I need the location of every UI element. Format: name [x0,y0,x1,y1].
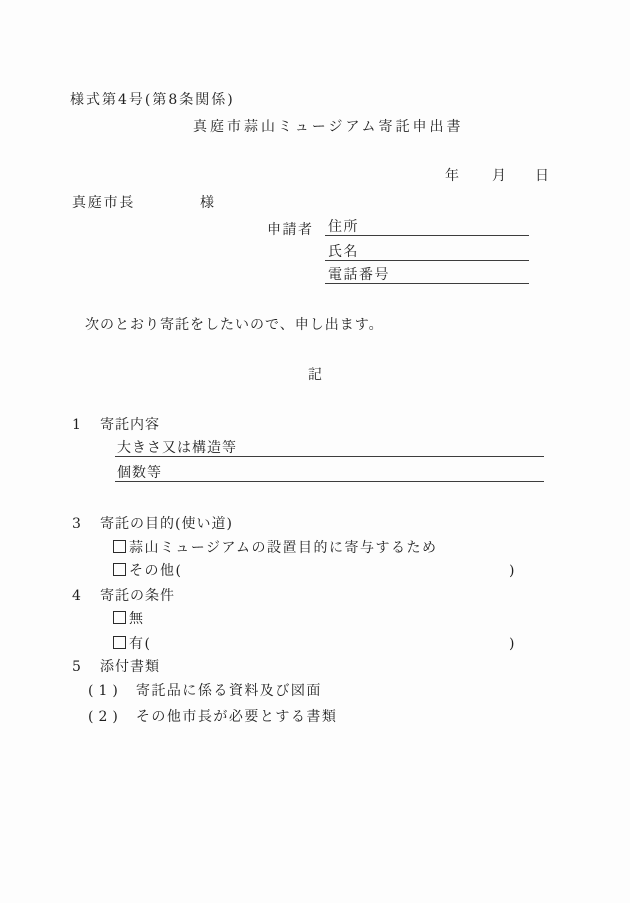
attachment-item-2-text: その他市長が必要とする書類 [136,709,338,725]
deposit-size-field: 大きさ又は構造等 [115,441,544,457]
section-5-number: 5 [72,659,81,676]
checkbox-icon [113,563,126,576]
checkbox-icon [113,611,126,624]
condition-option-yes-label: 有( [113,636,151,653]
condition-option-none-label: 無 [129,611,145,627]
addressee-name: 真庭市長 [72,195,135,212]
document-page: 様式第4号(第8条関係) 真庭市蒜山ミュージアム寄託申出書 年 月 日 真庭市長… [0,0,630,903]
condition-option-none: 無 [113,611,145,628]
checkbox-icon [113,636,126,649]
applicant-address-field: 住所 [325,220,529,236]
applicant-name-field: 氏名 [325,245,529,261]
attachment-item-1-text: 寄託品に係る資料及び図面 [136,683,322,699]
addressee-honorific: 様 [200,195,216,212]
section-1-title: 寄託内容 [100,417,160,434]
applicant-address-label: 住所 [328,219,359,235]
purpose-option-other-paren-close: ) [509,563,516,580]
intro-sentence: 次のとおり寄託をしたいので、申し出ます。 [85,317,384,334]
attachment-item-1: (1)寄託品に係る資料及び図面 [88,683,322,700]
purpose-option-museum-label: 蒜山ミュージアムの設置目的に寄与するため [129,540,437,556]
checkbox-icon [113,540,126,553]
condition-option-yes-paren-close: ) [509,636,516,653]
attachment-item-1-number: (1) [88,683,123,699]
section-5-title: 添付書類 [100,659,160,676]
applicant-phone-field: 電話番号 [325,268,529,284]
section-4-number: 4 [72,588,81,605]
purpose-option-other: その他( ) [113,563,516,580]
purpose-option-other-label: その他( [113,563,182,580]
attachment-item-2-number: (2) [88,709,123,725]
date-day-label: 日 [535,168,551,185]
form-number: 様式第4号(第8条関係) [70,92,235,109]
section-4-title: 寄託の条件 [100,588,175,605]
section-3-title: 寄託の目的(使い道) [100,516,233,533]
deposit-quantity-label: 個数等 [117,465,162,481]
purpose-option-museum: 蒜山ミュージアムの設置目的に寄与するため [113,540,437,557]
page-title: 真庭市蒜山ミュージアム寄託申出書 [193,119,463,136]
applicant-phone-label: 電話番号 [328,267,390,283]
deposit-quantity-field: 個数等 [115,466,544,482]
date-month-label: 月 [492,168,508,185]
date-year-label: 年 [445,168,461,185]
condition-option-yes-text: 有( [129,636,151,652]
list-marker-ki: 記 [0,367,630,384]
applicant-label: 申請者 [267,222,314,239]
condition-option-yes: 有( ) [113,636,516,653]
purpose-option-other-text: その他( [129,563,182,579]
deposit-size-label: 大きさ又は構造等 [117,440,237,456]
attachment-item-2: (2)その他市長が必要とする書類 [88,709,337,726]
section-3-number: 3 [72,516,81,533]
applicant-name-label: 氏名 [328,244,359,260]
section-1-number: 1 [72,417,81,434]
